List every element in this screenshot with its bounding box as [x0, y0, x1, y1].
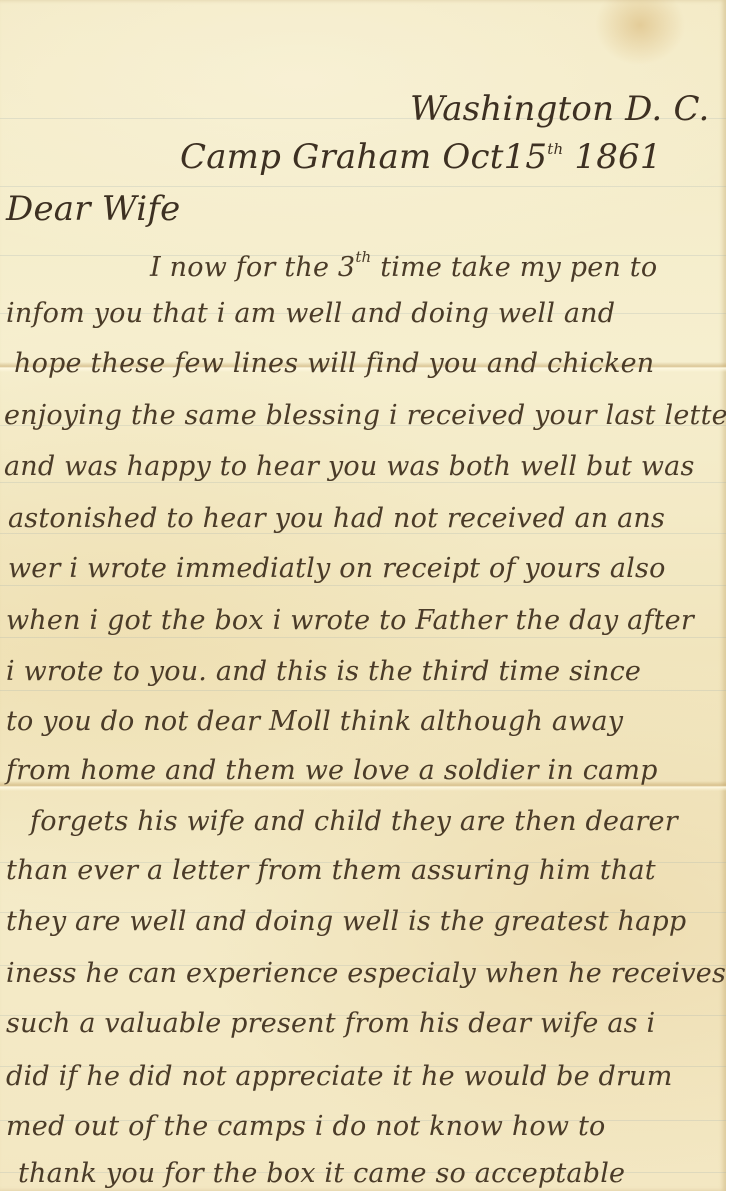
body-line: thank you for the box it came so accepta…	[18, 1160, 625, 1187]
camp-name: Camp Graham	[180, 137, 431, 177]
ruled-line	[0, 585, 726, 586]
body-line: did if he did not appreciate it he would…	[6, 1063, 673, 1090]
body-line: astonished to hear you had not received …	[8, 505, 665, 532]
salutation: Dear Wife	[6, 192, 180, 226]
body-line: infom you that i am well and doing well …	[6, 300, 615, 327]
body-line: and was happy to hear you was both well …	[4, 453, 695, 480]
date-line: Camp Graham Oct15th 1861	[180, 140, 662, 174]
body-text: time take my pen to	[371, 252, 657, 283]
place-text: Washington D. C.	[410, 89, 709, 129]
letter-page: Washington D. C. Camp Graham Oct15th 186…	[0, 0, 726, 1191]
body-line: they are well and doing well is the grea…	[6, 908, 686, 935]
date-day: 15	[504, 137, 548, 177]
body-text: I now for the 3	[150, 252, 355, 283]
date-year: 1861	[574, 137, 661, 177]
body-line: forgets his wife and child they are then…	[30, 808, 678, 835]
scan-margin	[726, 0, 741, 1191]
body-line: enjoying the same blessing i received yo…	[4, 402, 741, 429]
body-line: when i got the box i wrote to Father the…	[6, 607, 694, 634]
body-line: hope these few lines will find you and c…	[14, 350, 654, 377]
date-day-suffix: th	[547, 140, 563, 158]
ruled-line	[0, 637, 726, 638]
place-line: Washington D. C.	[410, 92, 709, 126]
body-line: such a valuable present from his dear wi…	[6, 1010, 655, 1037]
body-line: to you do not dear Moll think although a…	[6, 708, 623, 735]
ruled-line	[0, 186, 726, 187]
date-month: Oct	[442, 137, 503, 177]
body-line: I now for the 3th time take my pen to	[150, 250, 657, 281]
body-line: iness he can experience especialy when h…	[6, 960, 726, 987]
body-line: than ever a letter from them assuring hi…	[6, 857, 656, 884]
body-line: from home and them we love a soldier in …	[6, 757, 658, 784]
body-line: wer i wrote immediatly on receipt of you…	[8, 555, 666, 582]
body-line: i wrote to you. and this is the third ti…	[6, 658, 641, 685]
salutation-text: Dear Wife	[6, 189, 180, 229]
body-line: med out of the camps i do not know how t…	[6, 1113, 605, 1140]
ordinal-suffix: th	[355, 248, 371, 266]
ruled-line	[0, 482, 726, 483]
ruled-line	[0, 690, 726, 691]
